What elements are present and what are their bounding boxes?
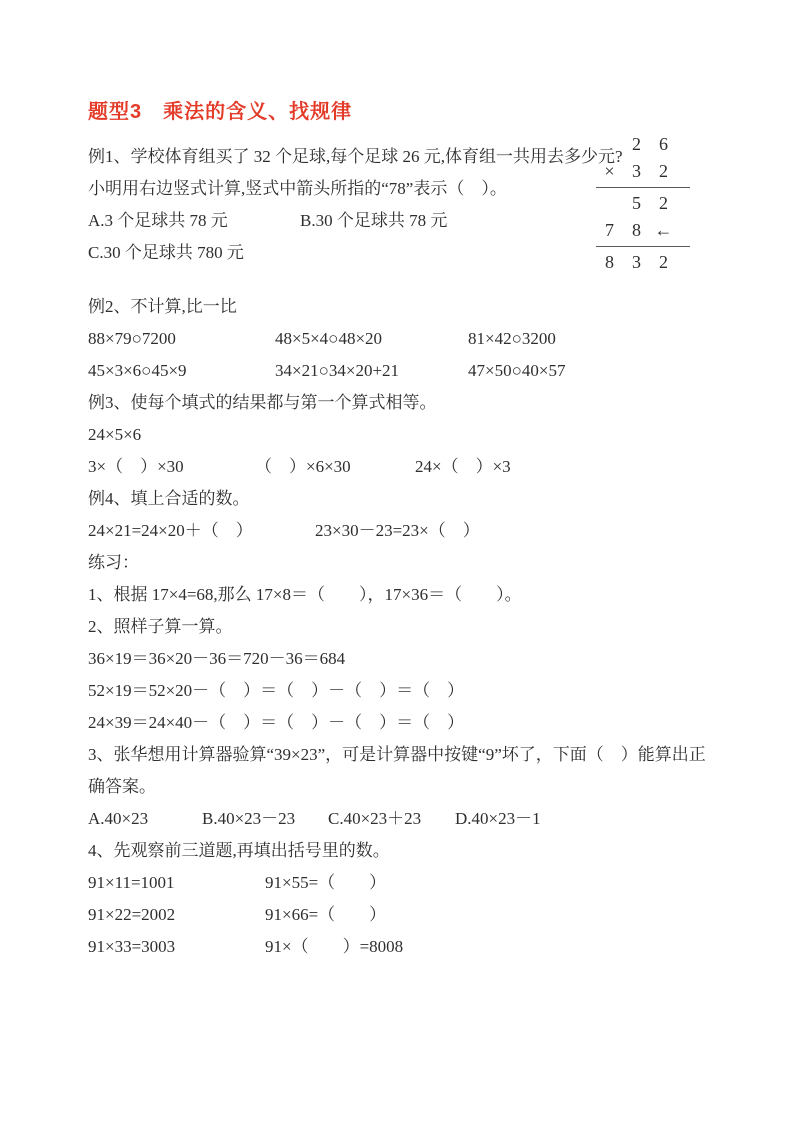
example1-question-line2: 小明用右边竖式计算,竖式中箭头所指的“78”表示（ ）。 <box>88 173 738 205</box>
section-spacer <box>88 269 738 291</box>
example4-header: 例4、填上合适的数。 <box>88 483 738 515</box>
compare-item: 88×79○7200 <box>88 323 275 355</box>
example3-fills: 3×（ ）×30（ ）×6×3024×（ ）×3 <box>88 451 738 483</box>
practice-q4-row: 91×33=300391×（ ）=8008 <box>88 931 738 963</box>
practice-q1: 1、根据 17×4=68,那么 17×8＝（ ），17×36＝（ ）。 <box>88 579 738 611</box>
practice-header: 练习： <box>88 547 738 579</box>
q4-equation: 91×22=2002 <box>88 899 265 931</box>
worksheet-title: 题型3 乘法的含义、找规律 <box>88 100 738 124</box>
practice-q2-example: 36×19＝36×20－36＝720－36＝684 <box>88 643 738 675</box>
practice-q4-row: 91×11=100191×55=（ ） <box>88 867 738 899</box>
compare-item: 45×3×6○45×9 <box>88 355 275 387</box>
example2-header: 例2、不计算,比一比 <box>88 291 738 323</box>
example1-options-ab: A.3 个足球共 78 元B.30 个足球共 78 元 <box>88 205 738 237</box>
example1-option-b: B.30 个足球共 78 元 <box>300 205 447 237</box>
practice-q3-options: A.40×23B.40×23－23C.40×23＋23D.40×23－1 <box>88 803 738 835</box>
worksheet-content: 题型3 乘法的含义、找规律 例1、学校体育组买了 32 个足球,每个足球 26 … <box>88 100 738 963</box>
fill-item: 23×30－23=23×（ ） <box>315 515 480 547</box>
practice-q2-line2: 24×39＝24×40－（ ）＝（ ）－（ ）＝（ ） <box>88 707 738 739</box>
practice-q3-line1: 3、张华想用计算器验算“39×23”，可是计算器中按键“9”坏了，下面（ ）能算… <box>88 739 738 771</box>
example1-option-a: A.3 个足球共 78 元 <box>88 205 300 237</box>
example4-fills: 24×21=24×20＋（ ）23×30－23=23×（ ） <box>88 515 738 547</box>
q4-equation: 91×33=3003 <box>88 931 265 963</box>
example1-option-c: C.30 个足球共 780 元 <box>88 237 738 269</box>
fill-item: 24×21=24×20＋（ ） <box>88 515 315 547</box>
q4-equation: 91×55=（ ） <box>265 867 386 899</box>
q4-equation: 91×（ ）=8008 <box>265 931 403 963</box>
fill-item: 24×（ ）×3 <box>415 451 511 483</box>
q3-option-d: D.40×23－1 <box>455 803 541 835</box>
practice-q4-header: 4、先观察前三道题,再填出括号里的数。 <box>88 835 738 867</box>
example3-expression: 24×5×6 <box>88 419 738 451</box>
compare-item: 47×50○40×57 <box>468 355 565 387</box>
compare-item: 81×42○3200 <box>468 323 556 355</box>
q3-option-b: B.40×23－23 <box>202 803 328 835</box>
fill-item: 3×（ ）×30 <box>88 451 255 483</box>
example2-row1: 88×79○720048×5×4○48×2081×42○3200 <box>88 323 738 355</box>
practice-q2-line1: 52×19＝52×20－（ ）＝（ ）－（ ）＝（ ） <box>88 675 738 707</box>
worksheet-page: 2 6 × 3 2 5 2 7 8 ← 8 3 2 题型3 乘法的含义、找规律 … <box>0 0 793 1122</box>
example1-question-line1: 例1、学校体育组买了 32 个足球,每个足球 26 元,体育组一共用去多少元? <box>88 141 738 173</box>
q3-option-a: A.40×23 <box>88 803 202 835</box>
q4-equation: 91×11=1001 <box>88 867 265 899</box>
practice-q2-header: 2、照样子算一算。 <box>88 611 738 643</box>
q4-equation: 91×66=（ ） <box>265 899 386 931</box>
q3-option-c: C.40×23＋23 <box>328 803 455 835</box>
practice-q3-line2: 确答案。 <box>88 771 738 803</box>
compare-item: 34×21○34×20+21 <box>275 355 468 387</box>
fill-item: （ ）×6×30 <box>255 451 415 483</box>
example3-header: 例3、使每个填式的结果都与第一个算式相等。 <box>88 387 738 419</box>
practice-q4-row: 91×22=200291×66=（ ） <box>88 899 738 931</box>
compare-item: 48×5×4○48×20 <box>275 323 468 355</box>
example2-row2: 45×3×6○45×934×21○34×20+2147×50○40×57 <box>88 355 738 387</box>
